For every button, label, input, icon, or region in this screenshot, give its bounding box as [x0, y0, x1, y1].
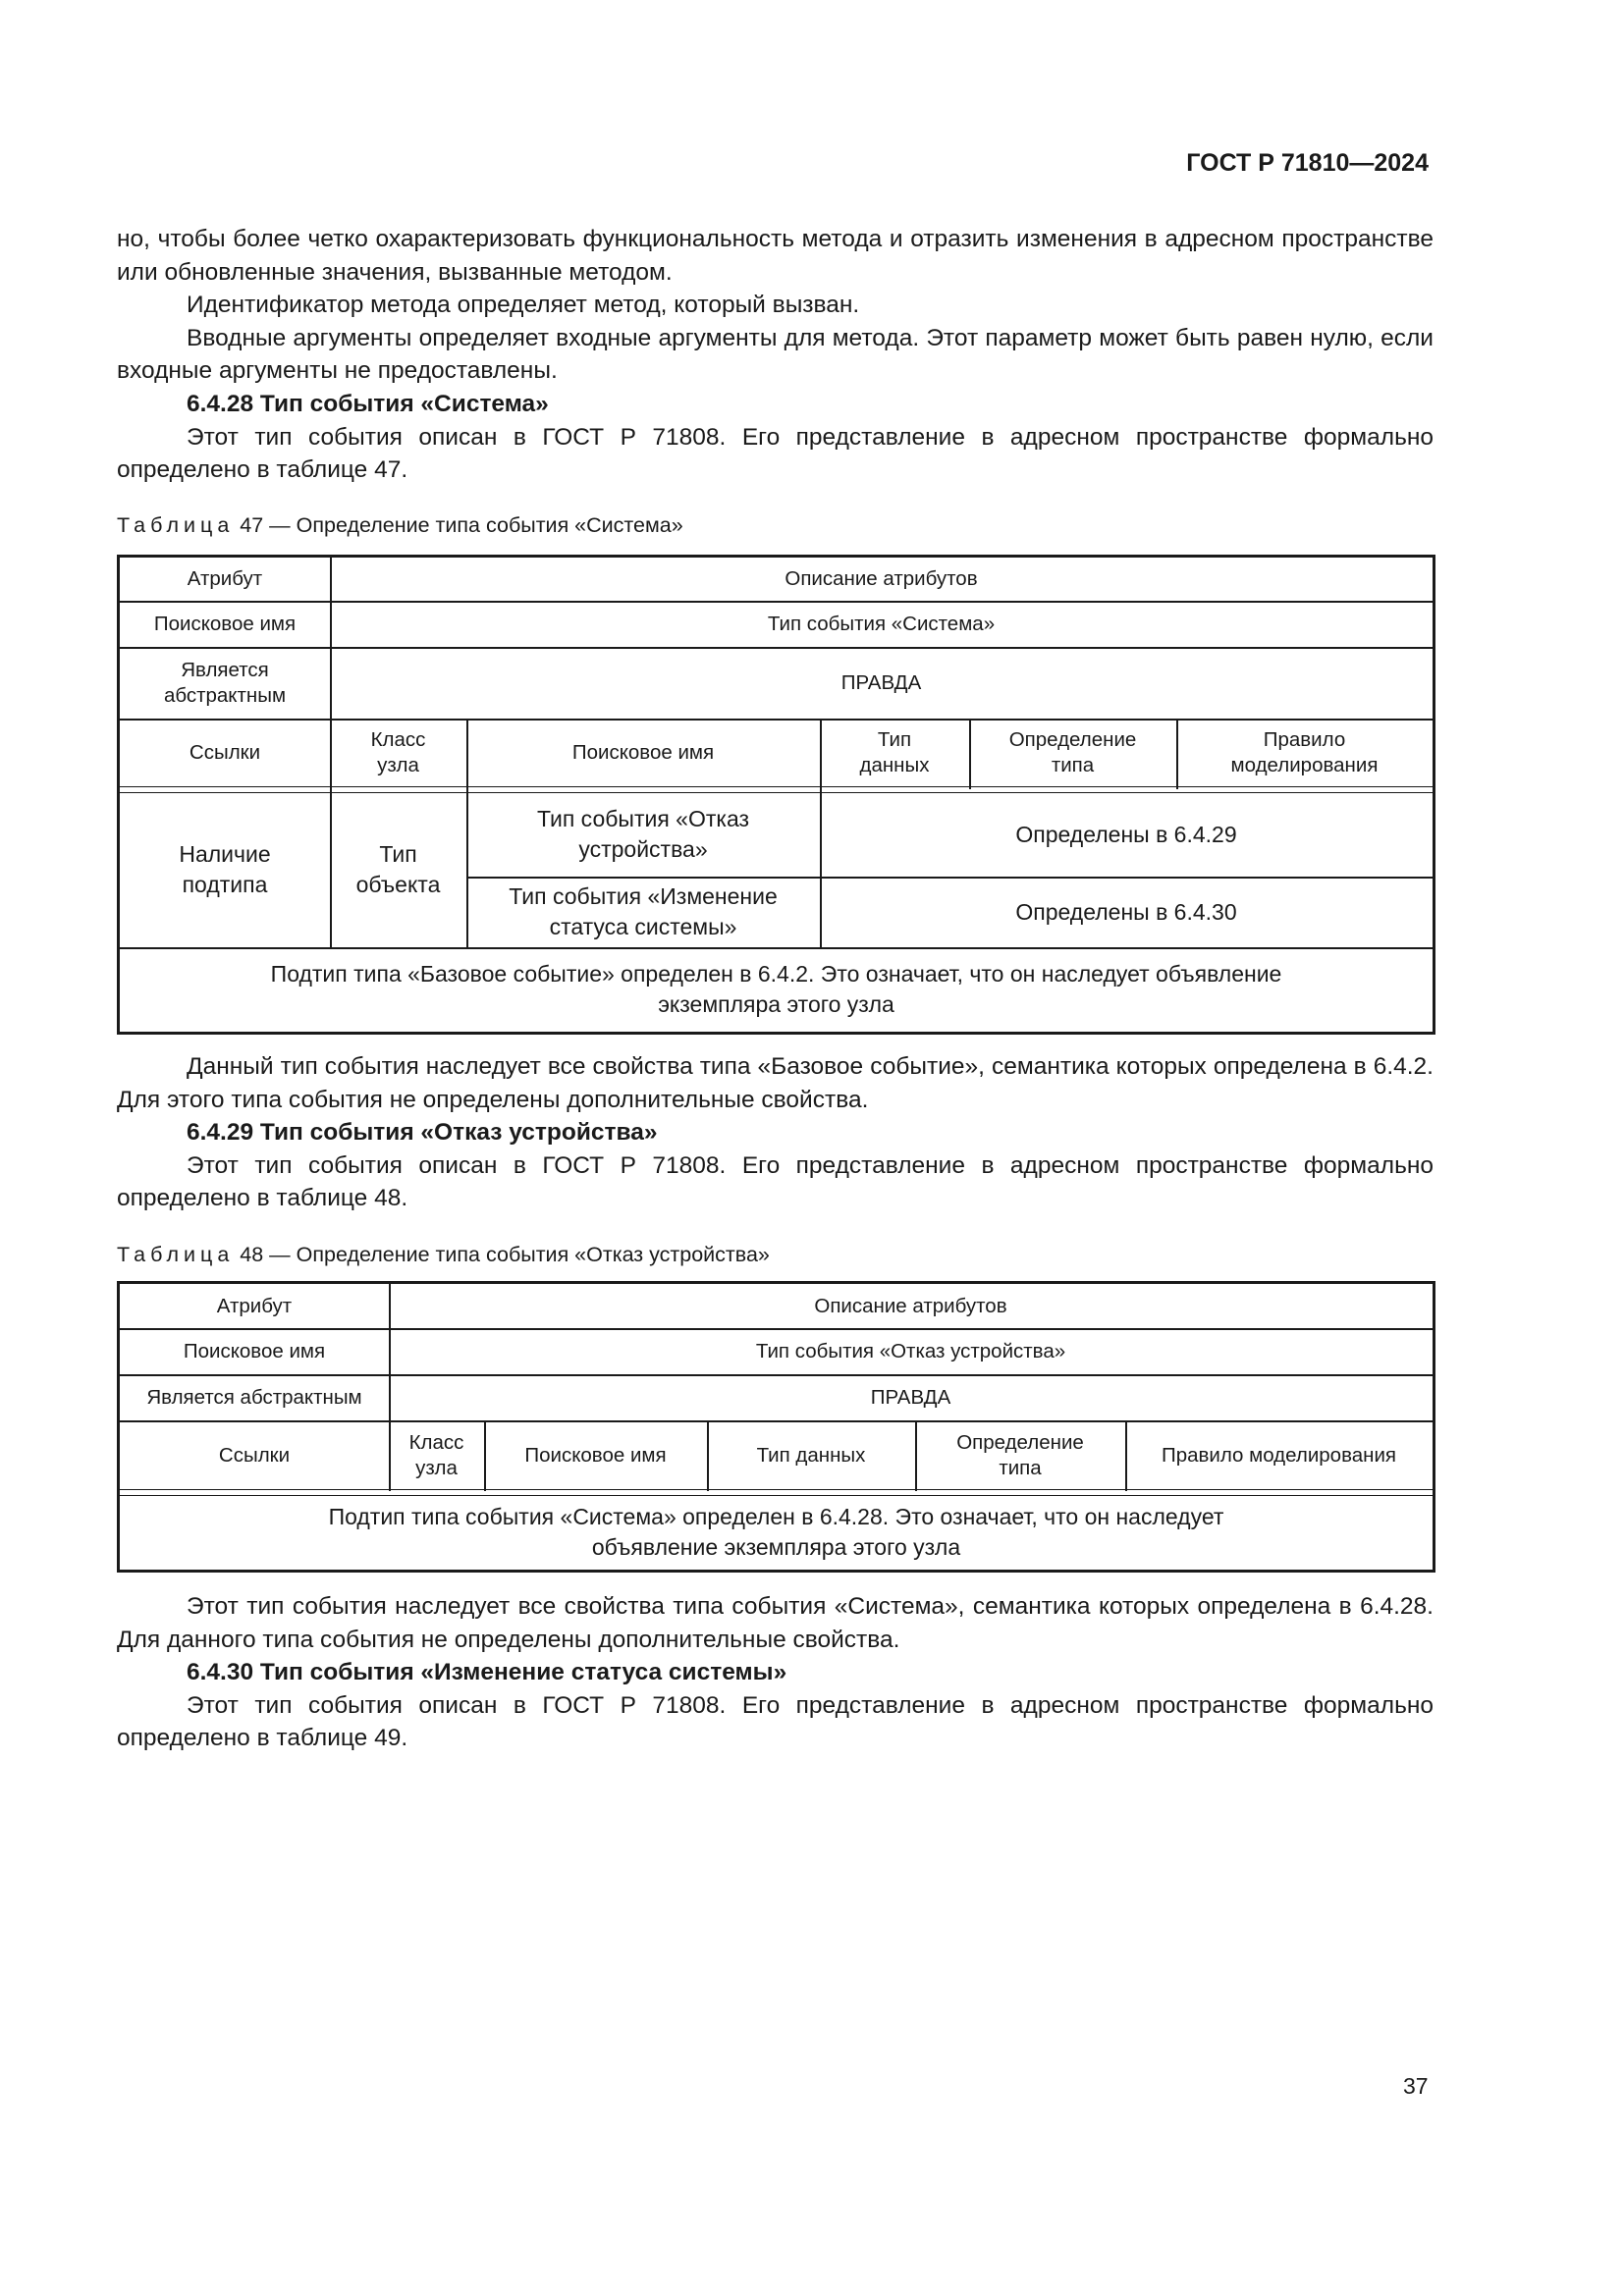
table-caption-title: 47 — Определение типа события «Система» — [234, 513, 682, 537]
paragraph: Этот тип события наследует все свойства … — [117, 1590, 1434, 1656]
header-description: Описание атрибутов — [330, 558, 1433, 601]
reference-has-subtype: Наличие подтипа — [120, 792, 330, 947]
is-abstract-label: Является абстрактным — [120, 1374, 389, 1420]
browse-name-value: Тип события «Отказ устройства» — [389, 1328, 1433, 1374]
table-caption-word: Таблица — [117, 513, 234, 537]
table-caption-word: Таблица — [117, 1243, 234, 1266]
table-caption-title: 48 — Определение типа события «Отказ уст… — [234, 1243, 770, 1266]
table-note: Подтип типа «Базовое событие» определен … — [120, 947, 1433, 1032]
paragraph: Этот тип события описан в ГОСТ Р 71808. … — [117, 421, 1434, 487]
section-heading: 6.4.29 Тип события «Отказ устройства» — [117, 1116, 1434, 1149]
paragraph: но, чтобы более четко охарактеризовать ф… — [117, 223, 1434, 289]
browse-name-label: Поисковое имя — [120, 1328, 389, 1374]
paragraph: Этот тип события описан в ГОСТ Р 71808. … — [117, 1689, 1434, 1755]
is-abstract-label: Является абстрактным — [120, 647, 330, 719]
refs-header-type-definition: Определение типа — [969, 719, 1176, 787]
browse-name-system-status-change: Тип события «Изменение статуса системы» — [466, 877, 820, 947]
refs-header-references: Ссылки — [120, 719, 330, 787]
defined-in-6430: Определены в 6.4.30 — [820, 877, 1433, 947]
table-48: Атрибут Описание атрибутов Поисковое имя… — [117, 1281, 1435, 1573]
refs-header-node-class: Класс узла — [389, 1420, 484, 1490]
table-caption: Таблица 48 — Определение типа события «О… — [117, 1243, 770, 1267]
paragraph: Вводные аргументы определяет входные арг… — [117, 322, 1434, 388]
section-heading: 6.4.28 Тип события «Система» — [117, 388, 1434, 421]
node-class-object-type: Тип объекта — [330, 792, 466, 947]
paragraph: Данный тип события наследует все свойств… — [117, 1050, 1434, 1116]
page-number: 37 — [1403, 2073, 1429, 2100]
refs-header-modelling-rule: Правило моделирования — [1176, 719, 1433, 787]
header-attribute: Атрибут — [120, 558, 330, 601]
is-abstract-value: ПРАВДА — [330, 647, 1433, 719]
refs-header-browse-name: Поисковое имя — [484, 1420, 707, 1490]
refs-header-references: Ссылки — [120, 1420, 389, 1490]
table-note: Подтип типа события «Система» определен … — [120, 1495, 1433, 1570]
refs-header-browse-name: Поисковое имя — [466, 719, 820, 787]
document-id-header: ГОСТ Р 71810—2024 — [1186, 149, 1429, 178]
browse-name-label: Поисковое имя — [120, 601, 330, 647]
paragraph: Этот тип события описан в ГОСТ Р 71808. … — [117, 1149, 1434, 1215]
after-table-47-text: Данный тип события наследует все свойств… — [117, 1050, 1434, 1215]
defined-in-6429: Определены в 6.4.29 — [820, 792, 1433, 877]
browse-name-value: Тип события «Система» — [330, 601, 1433, 647]
intro-text: но, чтобы более четко охарактеризовать ф… — [117, 223, 1434, 487]
refs-header-type-definition: Определение типа — [915, 1420, 1125, 1490]
section-heading: 6.4.30 Тип события «Изменение статуса си… — [117, 1656, 1434, 1689]
table-47: Атрибут Описание атрибутов Поисковое имя… — [117, 555, 1435, 1035]
browse-name-device-failure: Тип события «Отказ устройства» — [466, 792, 820, 877]
after-table-48-text: Этот тип события наследует все свойства … — [117, 1590, 1434, 1755]
header-attribute: Атрибут — [120, 1284, 389, 1328]
paragraph: Идентификатор метода определяет метод, к… — [117, 289, 1434, 322]
header-description: Описание атрибутов — [389, 1284, 1433, 1328]
refs-header-modelling-rule: Правило моделирования — [1125, 1420, 1433, 1490]
refs-header-data-type: Тип данных — [707, 1420, 915, 1490]
refs-header-node-class: Класс узла — [330, 719, 466, 787]
refs-header-data-type: Тип данных — [820, 719, 969, 787]
is-abstract-value: ПРАВДА — [389, 1374, 1433, 1420]
table-caption: Таблица 47 — Определение типа события «С… — [117, 513, 683, 538]
